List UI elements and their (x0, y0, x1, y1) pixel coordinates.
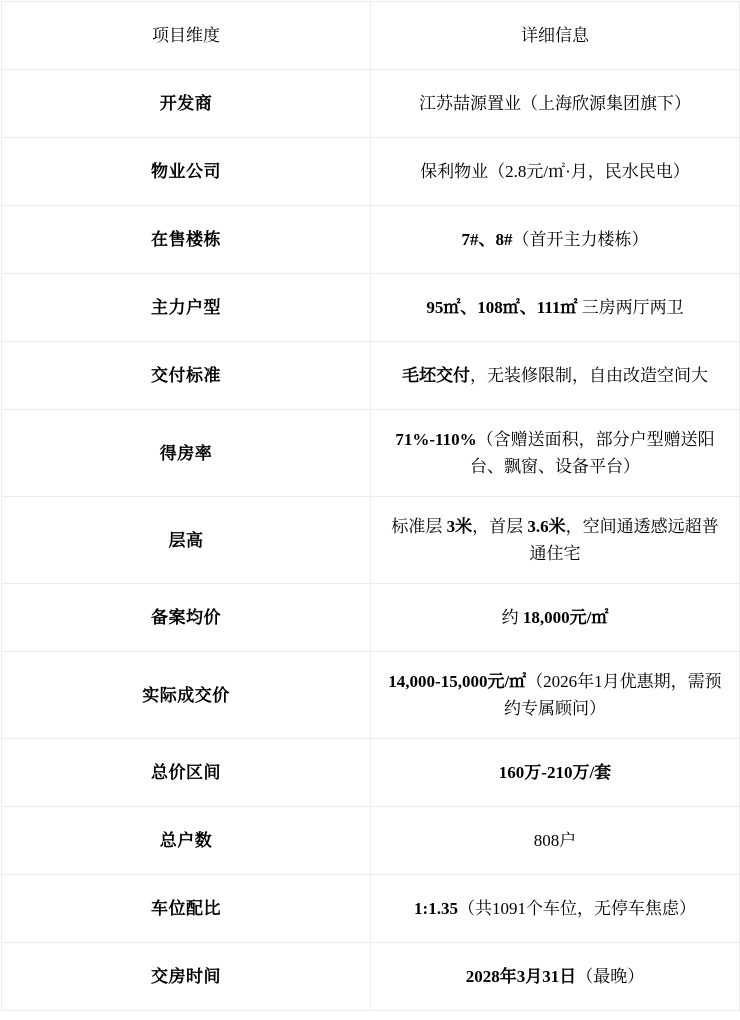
property-info-table: 项目维度 详细信息 开发商江苏喆源置业（上海欣源集团旗下）物业公司保利物业（2.… (1, 1, 740, 1011)
table-row: 总价区间160万-210万/套 (2, 739, 740, 807)
value-bold-segment: 14,000-15,000元/㎡ (388, 672, 526, 691)
value-bold-segment: 3米 (447, 517, 473, 536)
header-cell-dimension: 项目维度 (2, 2, 371, 70)
row-value: 7#、8#（首开主力楼栋） (371, 206, 740, 274)
row-label: 备案均价 (2, 584, 371, 652)
value-bold-segment: 95㎡、108㎡、111㎡ (426, 298, 577, 317)
value-text-segment: 保利物业（2.8元/㎡·月，民水民电） (420, 162, 690, 181)
value-text-segment: 808户 (534, 831, 577, 850)
table-body: 开发商江苏喆源置业（上海欣源集团旗下）物业公司保利物业（2.8元/㎡·月，民水民… (2, 70, 740, 1011)
property-info-page: 项目维度 详细信息 开发商江苏喆源置业（上海欣源集团旗下）物业公司保利物业（2.… (0, 0, 740, 1020)
row-label: 开发商 (2, 70, 371, 138)
value-bold-segment: 1:1.35 (414, 899, 458, 918)
row-value: 808户 (371, 807, 740, 875)
row-value: 1:1.35（共1091个车位，无停车焦虑） (371, 875, 740, 943)
value-bold-segment: 18,000元/㎡ (523, 608, 608, 627)
row-value: 毛坯交付，无装修限制，自由改造空间大 (371, 342, 740, 410)
value-bold-segment: 2028年3月31日 (466, 967, 577, 986)
row-label: 实际成交价 (2, 652, 371, 739)
row-value: 标准层 3米，首层 3.6米，空间通透感远超普通住宅 (371, 497, 740, 584)
row-value: 14,000-15,000元/㎡（2026年1月优惠期，需预约专属顾问） (371, 652, 740, 739)
table-row: 在售楼栋7#、8#（首开主力楼栋） (2, 206, 740, 274)
row-label: 得房率 (2, 410, 371, 497)
table-row: 主力户型95㎡、108㎡、111㎡ 三房两厅两卫 (2, 274, 740, 342)
row-value: 江苏喆源置业（上海欣源集团旗下） (371, 70, 740, 138)
value-text-segment: ，首层 (472, 517, 527, 536)
row-label: 总价区间 (2, 739, 371, 807)
row-value: 71%-110%（含赠送面积，部分户型赠送阳台、飘窗、设备平台） (371, 410, 740, 497)
value-bold-segment: 3.6米 (527, 517, 565, 536)
table-row: 层高标准层 3米，首层 3.6米，空间通透感远超普通住宅 (2, 497, 740, 584)
value-text-segment: 江苏喆源置业（上海欣源集团旗下） (419, 94, 691, 113)
value-bold-segment: 160万-210万/套 (499, 763, 611, 782)
table-head: 项目维度 详细信息 (2, 2, 740, 70)
table-row: 总户数808户 (2, 807, 740, 875)
value-text-segment: （首开主力楼栋） (513, 230, 649, 249)
header-cell-details: 详细信息 (371, 2, 740, 70)
row-value: 保利物业（2.8元/㎡·月，民水民电） (371, 138, 740, 206)
value-text-segment: 三房两厅两卫 (577, 298, 683, 317)
table-row: 备案均价约 18,000元/㎡ (2, 584, 740, 652)
row-label: 物业公司 (2, 138, 371, 206)
row-value: 160万-210万/套 (371, 739, 740, 807)
table-row: 实际成交价14,000-15,000元/㎡（2026年1月优惠期，需预约专属顾问… (2, 652, 740, 739)
value-text-segment: 约 (502, 608, 523, 627)
row-value: 95㎡、108㎡、111㎡ 三房两厅两卫 (371, 274, 740, 342)
value-bold-segment: 7#、8# (462, 230, 513, 249)
row-label: 交房时间 (2, 943, 371, 1011)
table-row: 得房率71%-110%（含赠送面积，部分户型赠送阳台、飘窗、设备平台） (2, 410, 740, 497)
row-label: 在售楼栋 (2, 206, 371, 274)
row-label: 层高 (2, 497, 371, 584)
value-text-segment: 标准层 (391, 517, 446, 536)
row-label: 交付标准 (2, 342, 371, 410)
row-label: 主力户型 (2, 274, 371, 342)
value-text-segment: ，无装修限制，自由改造空间大 (470, 366, 708, 385)
value-text-segment: （最晚） (576, 967, 644, 986)
value-text-segment: （2026年1月优惠期，需预约专属顾问） (504, 672, 722, 718)
row-label: 总户数 (2, 807, 371, 875)
table-row: 交付标准毛坯交付，无装修限制，自由改造空间大 (2, 342, 740, 410)
value-text-segment: （含赠送面积，部分户型赠送阳台、飘窗、设备平台） (470, 430, 715, 476)
table-row: 物业公司保利物业（2.8元/㎡·月，民水民电） (2, 138, 740, 206)
row-label: 车位配比 (2, 875, 371, 943)
table-row: 交房时间2028年3月31日（最晚） (2, 943, 740, 1011)
value-text-segment: （共1091个车位，无停车焦虑） (458, 899, 696, 918)
table-header-row: 项目维度 详细信息 (2, 2, 740, 70)
table-row: 开发商江苏喆源置业（上海欣源集团旗下） (2, 70, 740, 138)
row-value: 2028年3月31日（最晚） (371, 943, 740, 1011)
row-value: 约 18,000元/㎡ (371, 584, 740, 652)
table-row: 车位配比1:1.35（共1091个车位，无停车焦虑） (2, 875, 740, 943)
value-bold-segment: 毛坯交付 (402, 366, 470, 385)
value-bold-segment: 71%-110% (395, 430, 476, 449)
